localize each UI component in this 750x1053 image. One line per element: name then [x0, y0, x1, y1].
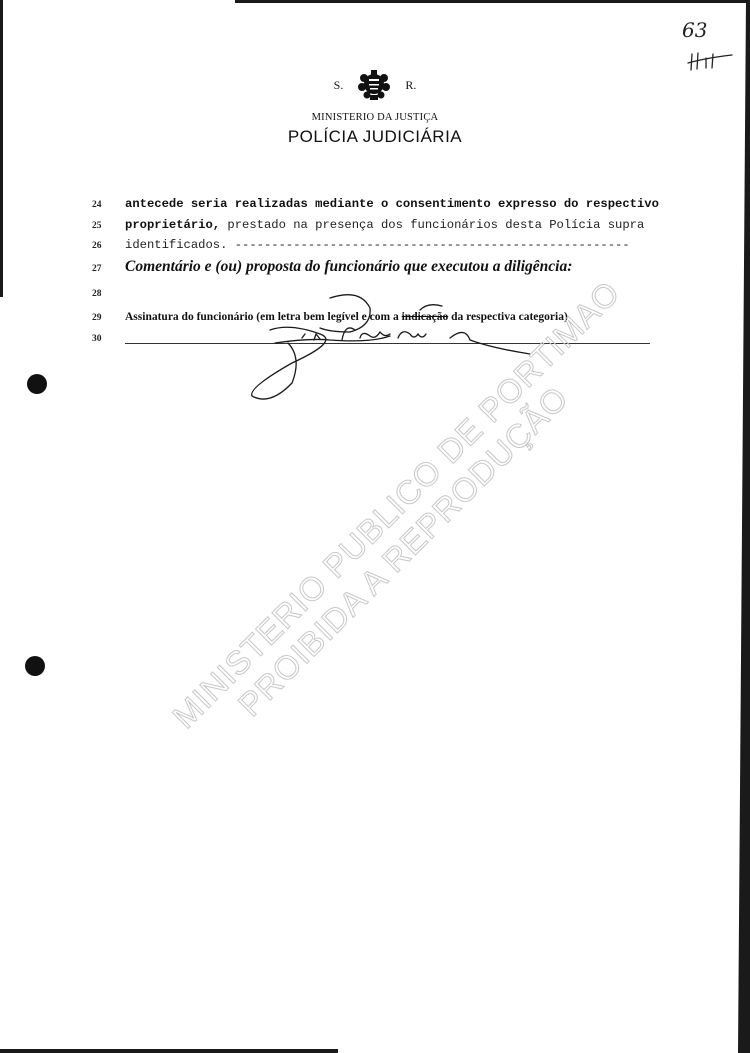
- text-segment: proprietário,: [125, 218, 220, 232]
- body-line-25: proprietário, prestado na presença dos f…: [125, 218, 644, 232]
- line-number: 24: [92, 200, 102, 210]
- body-line-26: identificados. -------------------------…: [125, 238, 630, 252]
- line-number: 30: [92, 334, 102, 344]
- handwritten-signature: [230, 288, 570, 403]
- text-segment: antecede seria: [125, 197, 235, 211]
- text-segment-emphasis: realizadas: [235, 197, 308, 211]
- line-number: 25: [92, 221, 102, 231]
- scan-border-bottom: [0, 1049, 338, 1053]
- line-number: 26: [92, 241, 102, 251]
- punch-hole: [25, 656, 45, 676]
- agency-name: POLÍCIA JUDICIÁRIA: [0, 127, 750, 147]
- ministry-name: MINISTERIO DA JUSTIÇA: [0, 112, 750, 123]
- text-segment: mediante o consentimento expresso do res…: [308, 197, 659, 211]
- scan-border-top: [235, 0, 750, 3]
- comment-heading: Comentário e (ou) proposta do funcionári…: [125, 258, 572, 276]
- watermark-line: PROIBIDA A REPRODUÇÃO: [192, 340, 615, 763]
- scan-border-left: [0, 0, 3, 297]
- text-segment: identificados. -------------------------…: [125, 238, 630, 252]
- coat-of-arms-icon: [357, 69, 391, 101]
- line-number: 29: [92, 313, 102, 323]
- document-header: S. R. MINISTERIO DA JUSTIÇA POLÍCIA JUDI…: [0, 68, 750, 147]
- body-line-24: antecede seria realizadas mediante o con…: [125, 197, 659, 211]
- text-segment: prestado na presença dos funcionários de…: [220, 218, 644, 232]
- line-number: 27: [92, 264, 102, 274]
- header-letter-r: R.: [405, 78, 416, 93]
- line-number: 28: [92, 289, 102, 299]
- header-letter-s: S.: [334, 78, 344, 93]
- handwritten-page-number: 63: [682, 18, 707, 42]
- scan-border-right: [0, 0, 750, 1053]
- punch-hole: [27, 374, 47, 394]
